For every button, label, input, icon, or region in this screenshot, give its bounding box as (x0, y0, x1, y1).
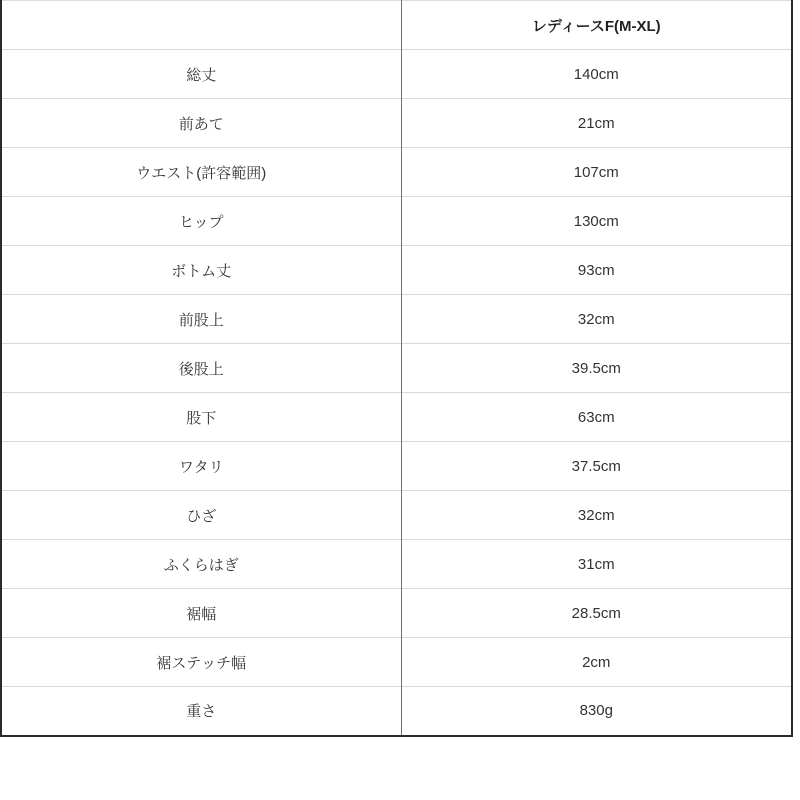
table-row: 前股上 32cm (1, 295, 792, 344)
size-chart-table: レディースF(M-XL) 総丈 140cm 前あて 21cm ウエスト(許容範囲… (0, 0, 793, 737)
size-value-cell: 830g (401, 687, 792, 736)
table-row: ひざ 32cm (1, 491, 792, 540)
size-chart-header-empty-cell (1, 1, 401, 50)
table-row: ウエスト(許容範囲) 107cm (1, 148, 792, 197)
size-value-cell: 2cm (401, 638, 792, 687)
size-value-cell: 39.5cm (401, 344, 792, 393)
size-value-cell: 63cm (401, 393, 792, 442)
size-chart-header-cell: レディースF(M-XL) (401, 1, 792, 50)
size-label-cell: 裾幅 (1, 589, 401, 638)
table-row: 重さ 830g (1, 687, 792, 736)
size-label-cell: ウエスト(許容範囲) (1, 148, 401, 197)
table-row: 股下 63cm (1, 393, 792, 442)
table-row: ボトム丈 93cm (1, 246, 792, 295)
table-row: ヒップ 130cm (1, 197, 792, 246)
size-label-cell: 重さ (1, 687, 401, 736)
size-value-cell: 107cm (401, 148, 792, 197)
size-value-cell: 31cm (401, 540, 792, 589)
size-value-cell: 37.5cm (401, 442, 792, 491)
table-row: ふくらはぎ 31cm (1, 540, 792, 589)
size-value-cell: 32cm (401, 491, 792, 540)
size-label-cell: 後股上 (1, 344, 401, 393)
size-value-cell: 28.5cm (401, 589, 792, 638)
size-label-cell: ボトム丈 (1, 246, 401, 295)
size-label-cell: ふくらはぎ (1, 540, 401, 589)
table-row: 裾幅 28.5cm (1, 589, 792, 638)
table-row: 総丈 140cm (1, 50, 792, 99)
size-value-cell: 21cm (401, 99, 792, 148)
size-label-cell: 股下 (1, 393, 401, 442)
size-label-cell: 前股上 (1, 295, 401, 344)
table-row: 前あて 21cm (1, 99, 792, 148)
size-value-cell: 130cm (401, 197, 792, 246)
size-value-cell: 93cm (401, 246, 792, 295)
size-value-cell: 32cm (401, 295, 792, 344)
size-value-cell: 140cm (401, 50, 792, 99)
size-chart: レディースF(M-XL) 総丈 140cm 前あて 21cm ウエスト(許容範囲… (0, 0, 793, 737)
table-row: ワタリ 37.5cm (1, 442, 792, 491)
size-label-cell: ヒップ (1, 197, 401, 246)
size-label-cell: ワタリ (1, 442, 401, 491)
table-row: 後股上 39.5cm (1, 344, 792, 393)
size-label-cell: 前あて (1, 99, 401, 148)
size-label-cell: ひざ (1, 491, 401, 540)
size-label-cell: 裾ステッチ幅 (1, 638, 401, 687)
table-row: 裾ステッチ幅 2cm (1, 638, 792, 687)
size-label-cell: 総丈 (1, 50, 401, 99)
size-chart-header-row: レディースF(M-XL) (1, 1, 792, 50)
